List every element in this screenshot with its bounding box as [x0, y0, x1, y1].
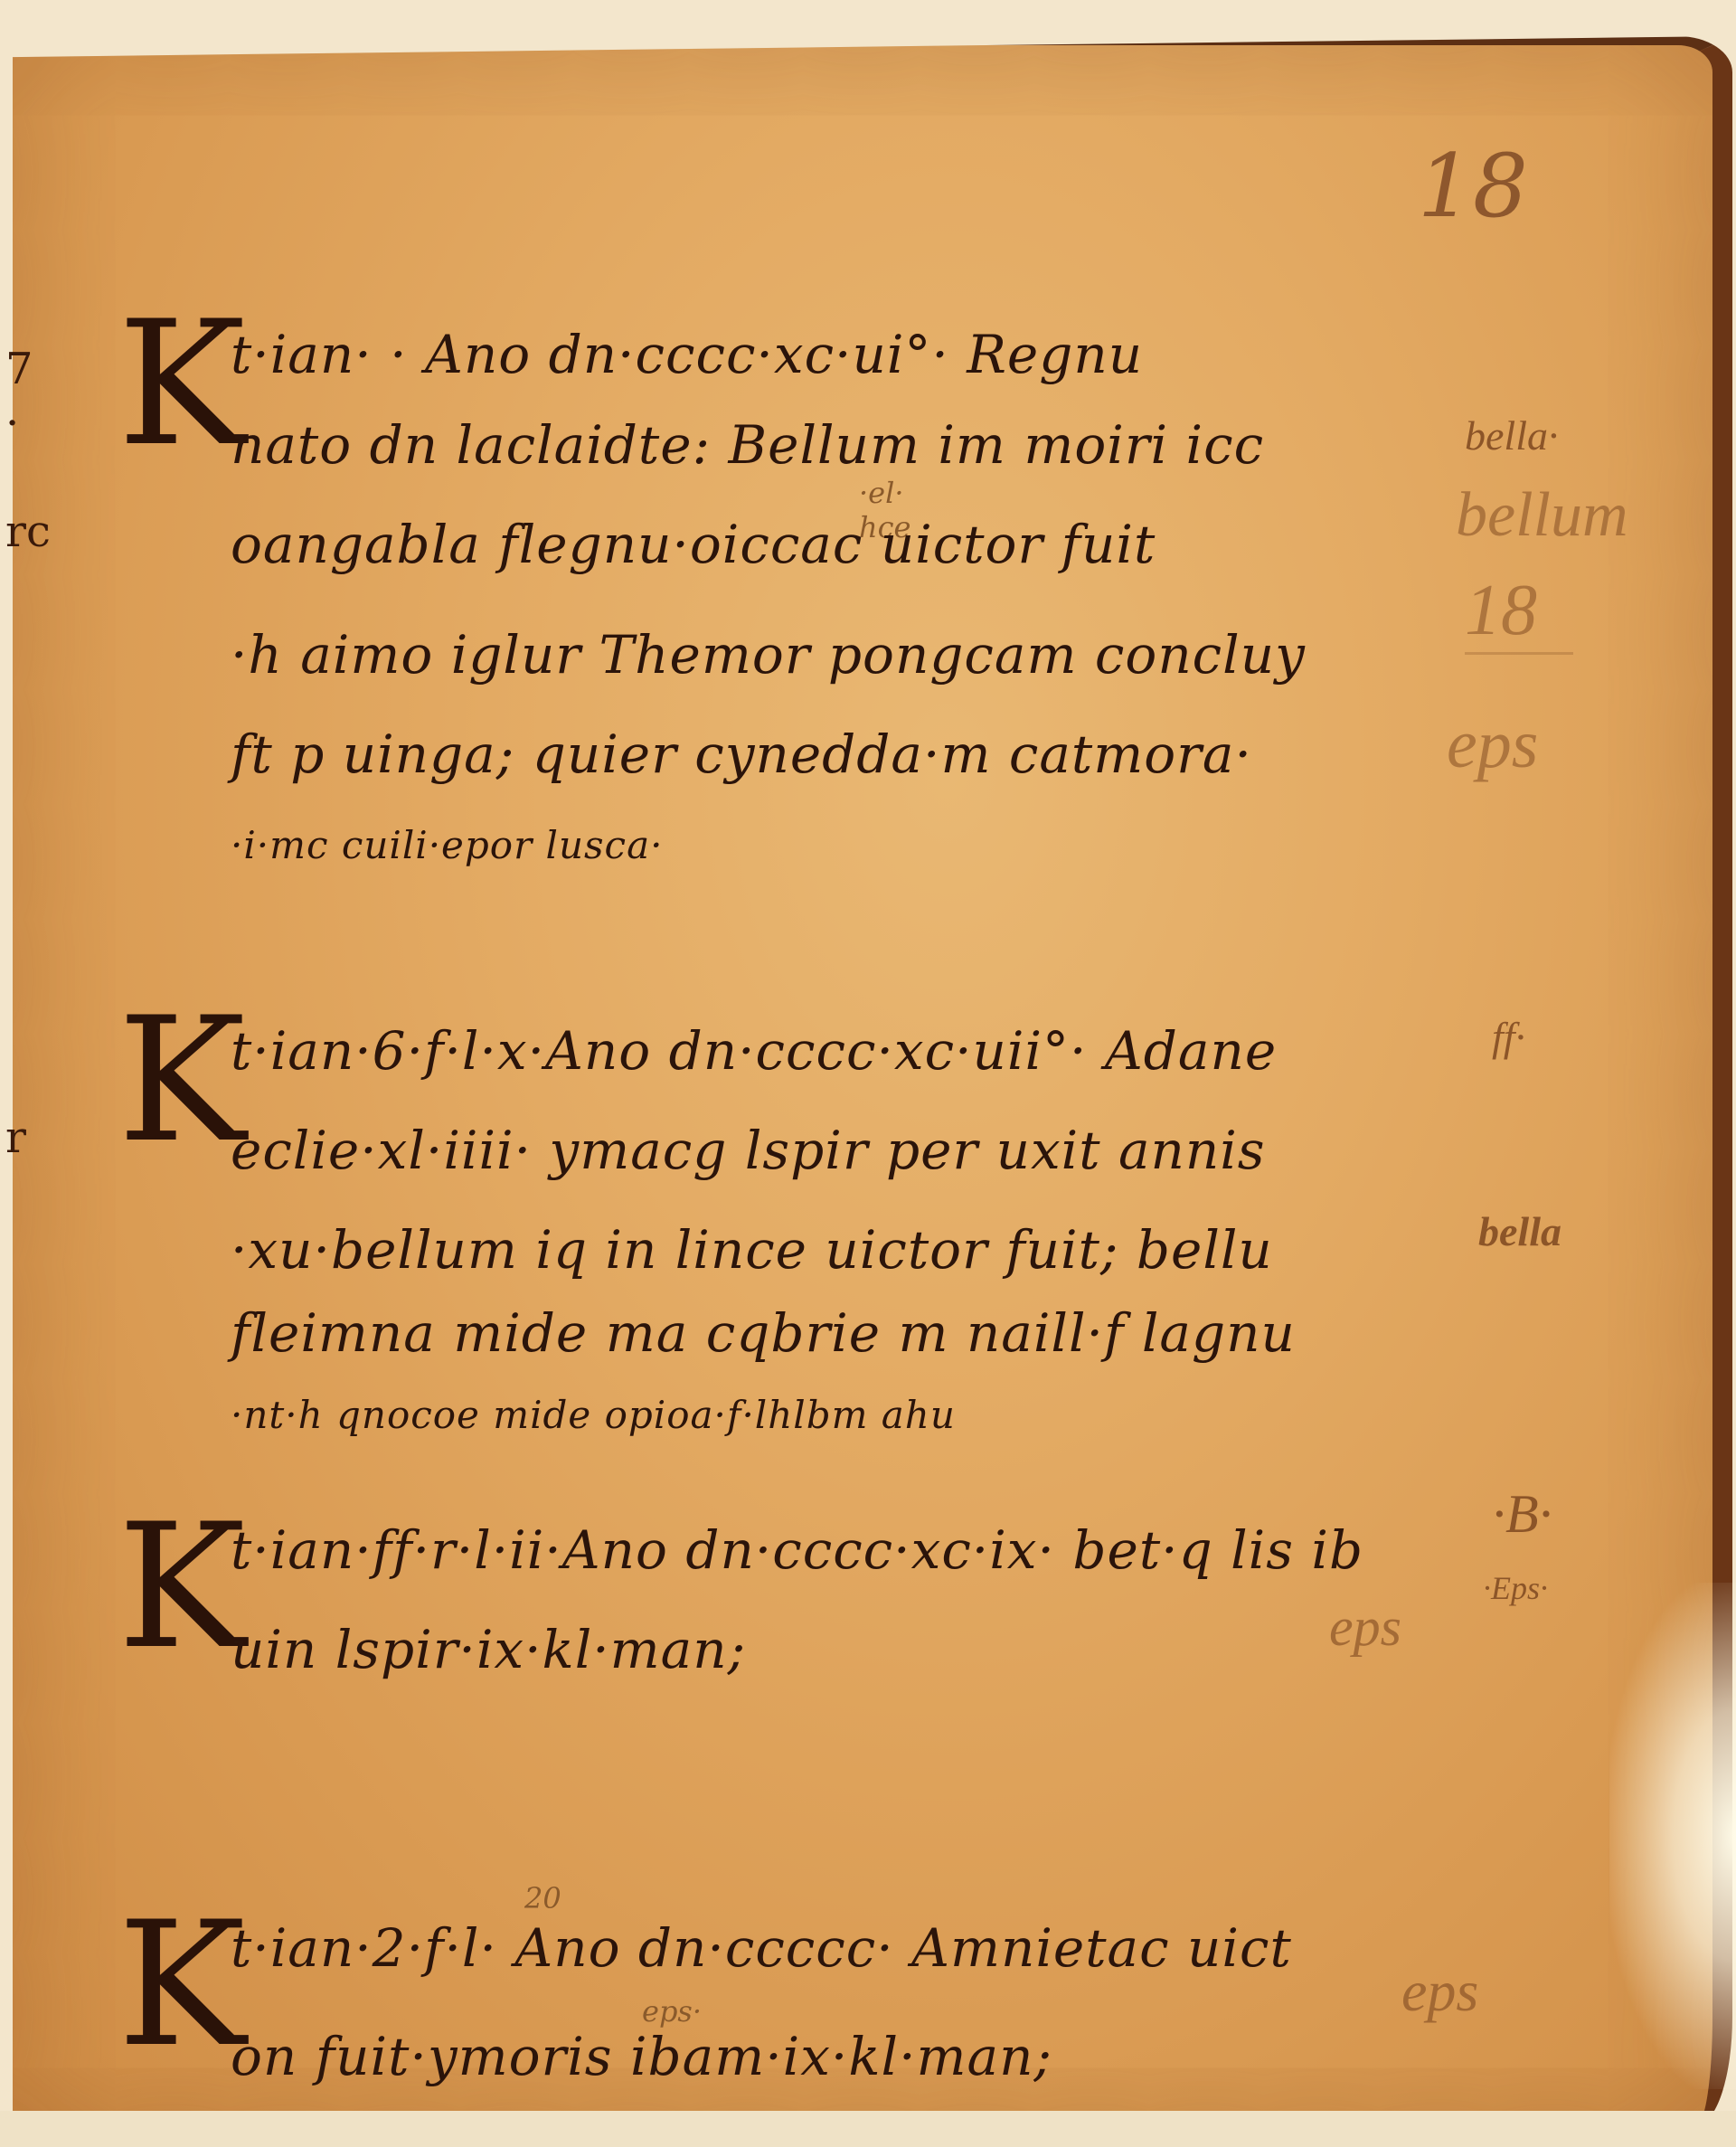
text-line: t·ian·6·f·l·x·Ano dn·cccc·xc·uii°· Adane: [231, 1020, 1277, 1082]
text-line: t·ian·2·f·l· Ano dn·ccccc· Amnietac uict: [231, 1917, 1292, 1979]
margin-note: bella·: [1465, 411, 1558, 459]
left-margin-note: 7: [5, 344, 33, 394]
text-line: ·i·mc cuili·epor lusca·: [231, 823, 663, 867]
page-bottom-background: [0, 2111, 1736, 2147]
text-line: nato dn laclaidte: Bellum im moiri icc: [231, 414, 1264, 476]
kalend-initial: K: [118, 1899, 246, 2071]
text-line: uin lspir·ix·kl·man;: [231, 1619, 746, 1680]
text-line: t·ian·ff·r·l·ii·Ano dn·cccc·xc·ix· bet·q…: [231, 1519, 1363, 1581]
margin-note: 18: [1465, 570, 1573, 655]
margin-note: bella: [1478, 1207, 1561, 1255]
margin-note: eps: [1401, 1958, 1478, 2025]
text-line: eclie·xl·iiii· ymacg lspir per uxit anni…: [231, 1120, 1266, 1181]
kalend-initial: K: [118, 1501, 246, 1673]
text-line: ·xu·bellum iq in lince uictor fuit; bell…: [231, 1219, 1273, 1281]
text-line: ·h aimo iglur Themor pongcam concluy: [231, 624, 1306, 686]
kalend-initial: K: [118, 298, 246, 470]
interlinear-gloss: 20: [524, 1881, 561, 1915]
text-line: ·nt·h qnocoe mide opioa·f·lhlbm ahu: [231, 1393, 956, 1437]
light-glare: [1609, 1583, 1736, 2089]
left-margin-note: r: [5, 1112, 26, 1163]
margin-note: eps: [1329, 1596, 1401, 1659]
margin-note: ·B·: [1492, 1483, 1552, 1546]
interlinear-gloss: eps·: [642, 1994, 702, 2029]
text-line: t·ian· · Ano dn·cccc·xc·ui°· Regnu: [231, 324, 1143, 385]
margin-note: eps: [1447, 705, 1538, 784]
text-line: oangabla flegnu·oiccac uictor fuit: [231, 514, 1156, 575]
text-line: fleimna mide ma cqbrie m naill·f lagnu: [231, 1302, 1296, 1364]
text-line: ft p uinga; quier cynedda·m catmora·: [231, 724, 1252, 785]
margin-note: ff·: [1492, 1013, 1525, 1061]
text-line: on fuit·ymoris ibam·ix·kl·man;: [231, 2026, 1052, 2087]
folio-number: 18: [1418, 136, 1528, 237]
kalend-initial: K: [118, 995, 246, 1167]
margin-note: ·Eps·: [1483, 1569, 1548, 1607]
left-margin-note: ·: [5, 398, 19, 449]
left-margin-note: rc: [5, 506, 51, 557]
margin-note: bellum: [1456, 479, 1628, 552]
